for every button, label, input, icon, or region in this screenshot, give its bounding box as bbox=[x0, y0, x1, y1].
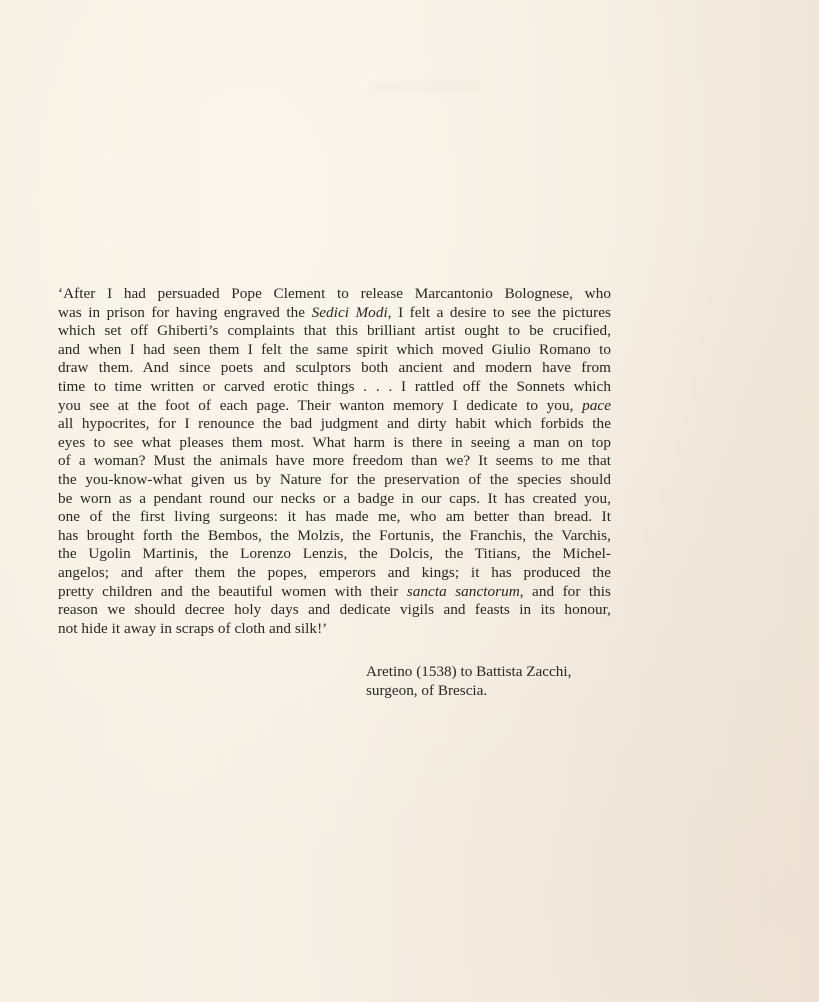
attribution-author-line: Aretino (1538) to Battista Zacchi, bbox=[366, 663, 571, 682]
quotation-line: all hypocrites, for I renounce the bad j… bbox=[58, 415, 611, 434]
text-run: has brought forth the Bembos, the Molzis… bbox=[58, 527, 611, 544]
text-run: was in prison for having engraved the bbox=[58, 304, 312, 321]
quotation-line: was in prison for having engraved the Se… bbox=[58, 304, 611, 323]
text-run: eyes to see what pleases them most. What… bbox=[58, 434, 611, 451]
text-run: time to time written or carved erotic th… bbox=[58, 378, 611, 395]
text-run: pretty children and the beautiful women … bbox=[58, 583, 407, 600]
text-run: angelos; and after them the popes, emper… bbox=[58, 564, 611, 581]
text-run: , and for this bbox=[520, 583, 611, 600]
quotation-line: the Ugolin Martinis, the Lorenzo Lenzis,… bbox=[58, 545, 611, 564]
quotation-line: has brought forth the Bembos, the Molzis… bbox=[58, 527, 611, 546]
text-run: all hypocrites, for I renounce the bad j… bbox=[58, 415, 611, 432]
quotation-line: and when I had seen them I felt the same… bbox=[58, 341, 611, 360]
quotation-line: one of the first living surgeons: it has… bbox=[58, 508, 611, 527]
quotation-line: angelos; and after them the popes, emper… bbox=[58, 564, 611, 583]
quotation-line: of a woman? Must the animals have more f… bbox=[58, 452, 611, 471]
quotation-line: eyes to see what pleases them most. What… bbox=[58, 434, 611, 453]
text-run: reason we should decree holy days and de… bbox=[58, 601, 611, 618]
text-run: the Ugolin Martinis, the Lorenzo Lenzis,… bbox=[58, 545, 611, 562]
italic-phrase: Sedici Modi bbox=[312, 304, 388, 321]
text-run: be worn as a pendant round our necks or … bbox=[58, 490, 611, 507]
text-run: not hide it away in scraps of cloth and … bbox=[58, 620, 327, 637]
quotation-line: time to time written or carved erotic th… bbox=[58, 378, 611, 397]
quotation-line: the you-know-what given us by Nature for… bbox=[58, 471, 611, 490]
quotation-line: ‘After I had persuaded Pope Clement to r… bbox=[58, 285, 611, 304]
text-run: , I felt a desire to see the pictures bbox=[388, 304, 611, 321]
quotation-line: reason we should decree holy days and de… bbox=[58, 601, 611, 620]
quotation-line: be worn as a pendant round our necks or … bbox=[58, 490, 611, 509]
quotation-body: ‘After I had persuaded Pope Clement to r… bbox=[58, 285, 611, 638]
text-run: which set off Ghiberti’s complaints that… bbox=[58, 322, 611, 339]
show-through-ghost-text bbox=[370, 82, 480, 90]
quotation-line: you see at the foot of each page. Their … bbox=[58, 397, 611, 416]
quotation-attribution: Aretino (1538) to Battista Zacchi, surge… bbox=[366, 663, 571, 700]
text-run: one of the first living surgeons: it has… bbox=[58, 508, 611, 525]
text-run: the you-know-what given us by Nature for… bbox=[58, 471, 611, 488]
quotation-line: which set off Ghiberti’s complaints that… bbox=[58, 322, 611, 341]
text-run: ‘After I had persuaded Pope Clement to r… bbox=[58, 285, 611, 302]
quotation-line: not hide it away in scraps of cloth and … bbox=[58, 620, 611, 639]
text-run: and when I had seen them I felt the same… bbox=[58, 341, 611, 358]
text-run: draw them. And since poets and sculptors… bbox=[58, 359, 611, 376]
text-run: of a woman? Must the animals have more f… bbox=[58, 452, 611, 469]
italic-phrase: sancta sanctorum bbox=[407, 583, 520, 600]
attribution-place-line: surgeon, of Brescia. bbox=[366, 682, 571, 701]
text-run: you see at the foot of each page. Their … bbox=[58, 397, 582, 414]
italic-phrase: pace bbox=[582, 397, 611, 414]
quotation-line: draw them. And since poets and sculptors… bbox=[58, 359, 611, 378]
quotation-line: pretty children and the beautiful women … bbox=[58, 583, 611, 602]
